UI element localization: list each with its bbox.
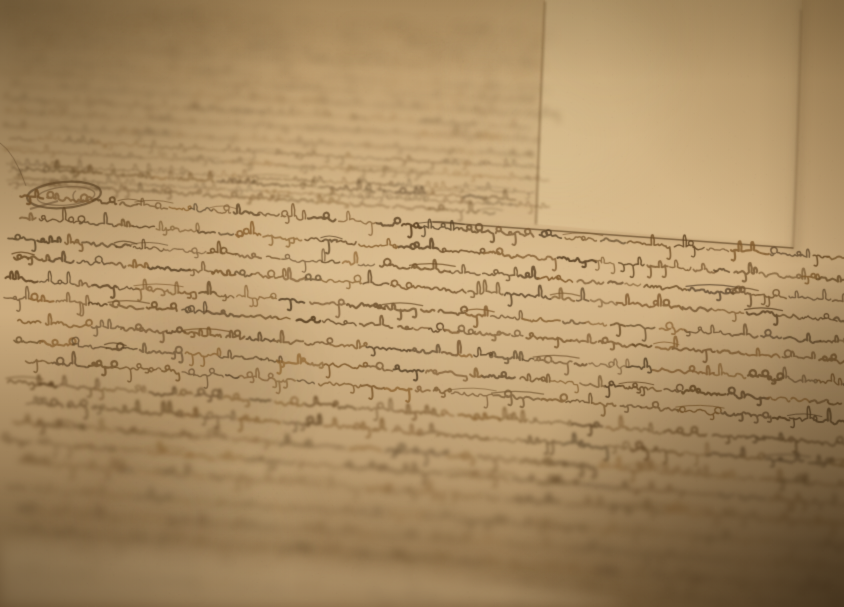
manuscript-photo: Macro photograph of an early-modern Span… <box>0 0 844 607</box>
manuscript-canvas <box>0 0 844 607</box>
